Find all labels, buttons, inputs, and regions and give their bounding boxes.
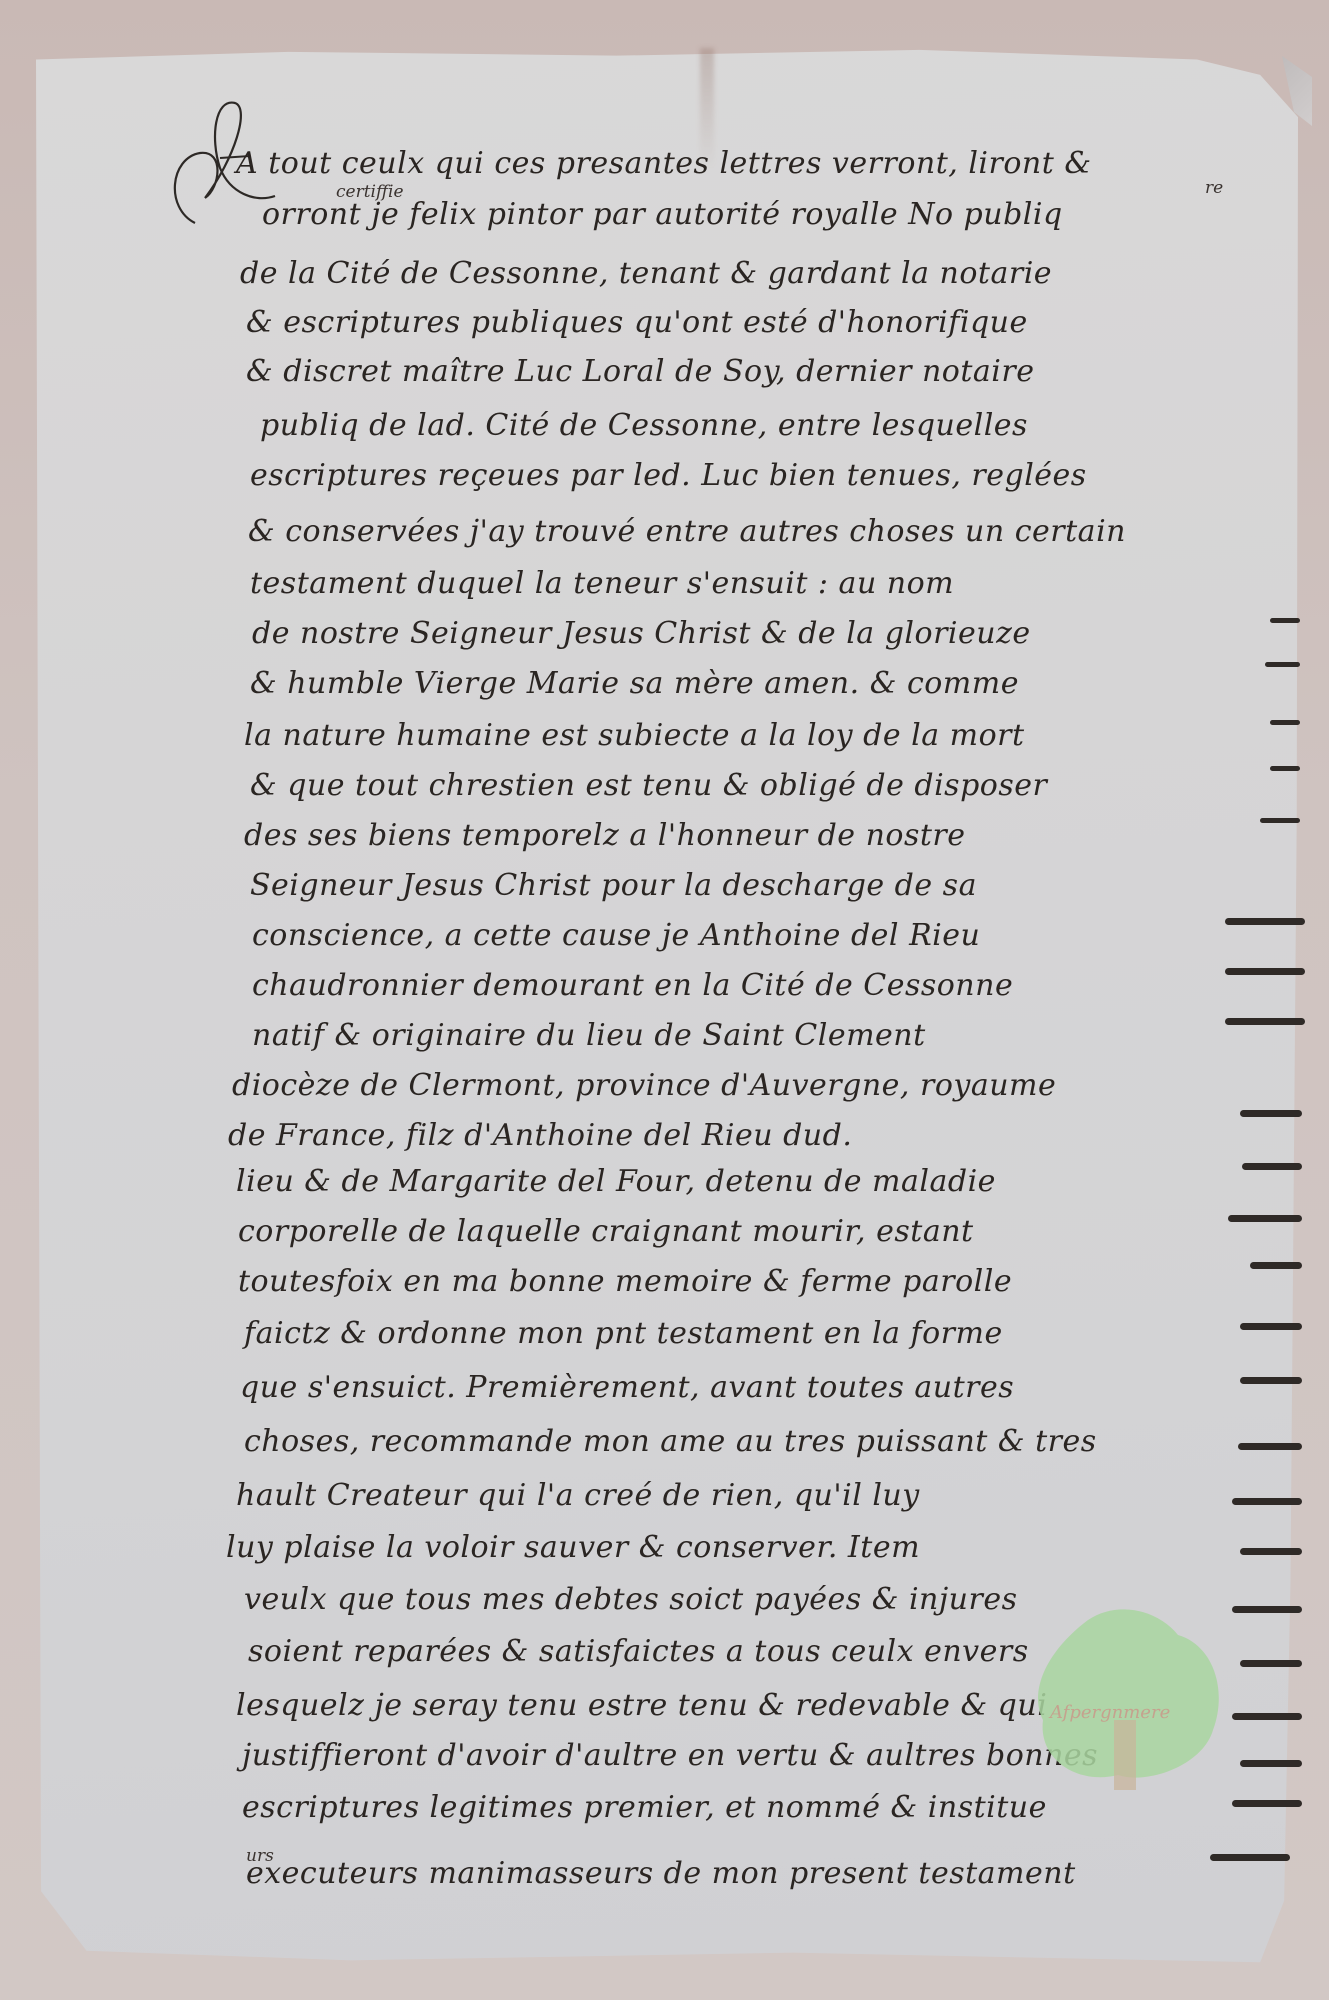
line-filler-stroke bbox=[1232, 1606, 1302, 1613]
line-filler-stroke bbox=[1225, 918, 1305, 925]
manuscript-line: lesquelz je seray tenu estre tenu & rede… bbox=[236, 1688, 1047, 1723]
manuscript-line: corporelle de laquelle craignant mourir,… bbox=[238, 1214, 974, 1249]
manuscript-line: Seigneur Jesus Christ pour la descharge … bbox=[250, 868, 977, 903]
line-filler-stroke bbox=[1242, 1163, 1302, 1170]
manuscript-line: & discret maître Luc Loral de Soy, derni… bbox=[246, 354, 1034, 389]
line-filler-stroke bbox=[1232, 1800, 1302, 1807]
manuscript-line: justiffieront d'avoir d'aultre en vertu … bbox=[242, 1738, 1098, 1773]
manuscript-line: la nature humaine est subiecte a la loy … bbox=[244, 718, 1025, 753]
manuscript-line: veulx que tous mes debtes soict payées &… bbox=[244, 1582, 1018, 1617]
line-filler-stroke bbox=[1265, 662, 1300, 667]
line-filler-stroke bbox=[1232, 1713, 1302, 1720]
line-filler-stroke bbox=[1210, 1854, 1290, 1861]
line-filler-stroke bbox=[1240, 1110, 1302, 1117]
line-filler-stroke bbox=[1232, 1498, 1302, 1505]
manuscript-line: soient reparées & satisfaictes a tous ce… bbox=[248, 1634, 1029, 1669]
manuscript-line: de nostre Seigneur Jesus Christ & de la … bbox=[252, 616, 1031, 651]
line-filler-stroke bbox=[1225, 968, 1305, 975]
manuscript-line: conscience, a cette cause je Anthoine de… bbox=[252, 918, 980, 953]
manuscript-line: hault Createur qui l'a creé de rien, qu'… bbox=[236, 1478, 920, 1513]
manuscript-line: lieu & de Margarite del Four, detenu de … bbox=[236, 1164, 996, 1199]
manuscript-line: de France, filz d'Anthoine del Rieu dud. bbox=[228, 1118, 852, 1153]
manuscript-line: testament duquel la teneur s'ensuit : au… bbox=[250, 566, 954, 601]
manuscript-line: de la Cité de Cessonne, tenant & gardant… bbox=[240, 256, 1052, 291]
line-filler-stroke bbox=[1260, 818, 1300, 823]
line-filler-stroke bbox=[1228, 1215, 1302, 1222]
superscript-note: re bbox=[1205, 178, 1223, 198]
manuscript-line: & que tout chrestien est tenu & obligé d… bbox=[250, 768, 1047, 803]
stamp-text: Afpergnmere bbox=[1050, 1702, 1170, 1723]
manuscript-line: & conservées j'ay trouvé entre autres ch… bbox=[248, 514, 1126, 549]
line-filler-stroke bbox=[1270, 720, 1300, 725]
line-filler-stroke bbox=[1240, 1660, 1302, 1667]
manuscript-line: & humble Vierge Marie sa mère amen. & co… bbox=[250, 666, 1019, 701]
line-filler-stroke bbox=[1270, 766, 1300, 771]
manuscript-line: que s'ensuict. Premièrement, avant toute… bbox=[240, 1370, 1014, 1405]
manuscript-line: des ses biens temporelz a l'honneur de n… bbox=[244, 818, 966, 853]
line-filler-stroke bbox=[1240, 1548, 1302, 1555]
line-filler-stroke bbox=[1240, 1760, 1302, 1767]
manuscript-line: natif & originaire du lieu de Saint Clem… bbox=[252, 1018, 926, 1053]
manuscript-line: toutesfoix en ma bonne memoire & ferme p… bbox=[238, 1264, 1012, 1299]
manuscript-line: escriptures legitimes premier, et nommé … bbox=[242, 1790, 1047, 1825]
manuscript-line: orront je felix pintor par autorité roya… bbox=[262, 197, 1063, 232]
manuscript-line: & escriptures publiques qu'ont esté d'ho… bbox=[246, 305, 1028, 340]
manuscript-line: A tout ceulx qui ces presantes lettres v… bbox=[236, 146, 1092, 181]
line-filler-stroke bbox=[1250, 1262, 1302, 1269]
manuscript-line: escriptures reçeues par led. Luc bien te… bbox=[250, 458, 1087, 493]
manuscript-line: luy plaise la voloir sauver & conserver.… bbox=[226, 1530, 920, 1565]
line-filler-stroke bbox=[1240, 1377, 1302, 1384]
manuscript-line: executeurs manimasseurs de mon present t… bbox=[246, 1856, 1076, 1891]
manuscript-line: publiq de lad. Cité de Cessonne, entre l… bbox=[260, 408, 1028, 443]
line-filler-stroke bbox=[1270, 618, 1300, 623]
archive-stamp bbox=[1028, 1600, 1228, 1790]
line-filler-stroke bbox=[1240, 1323, 1302, 1330]
manuscript-line: faictz & ordonne mon pnt testament en la… bbox=[244, 1316, 1003, 1351]
line-filler-stroke bbox=[1225, 1018, 1305, 1025]
manuscript-line: chaudronnier demourant en la Cité de Ces… bbox=[252, 968, 1013, 1003]
manuscript-line: diocèze de Clermont, province d'Auvergne… bbox=[232, 1068, 1056, 1103]
line-filler-stroke bbox=[1238, 1443, 1302, 1450]
manuscript-line: choses, recommande mon ame au tres puiss… bbox=[244, 1424, 1097, 1459]
